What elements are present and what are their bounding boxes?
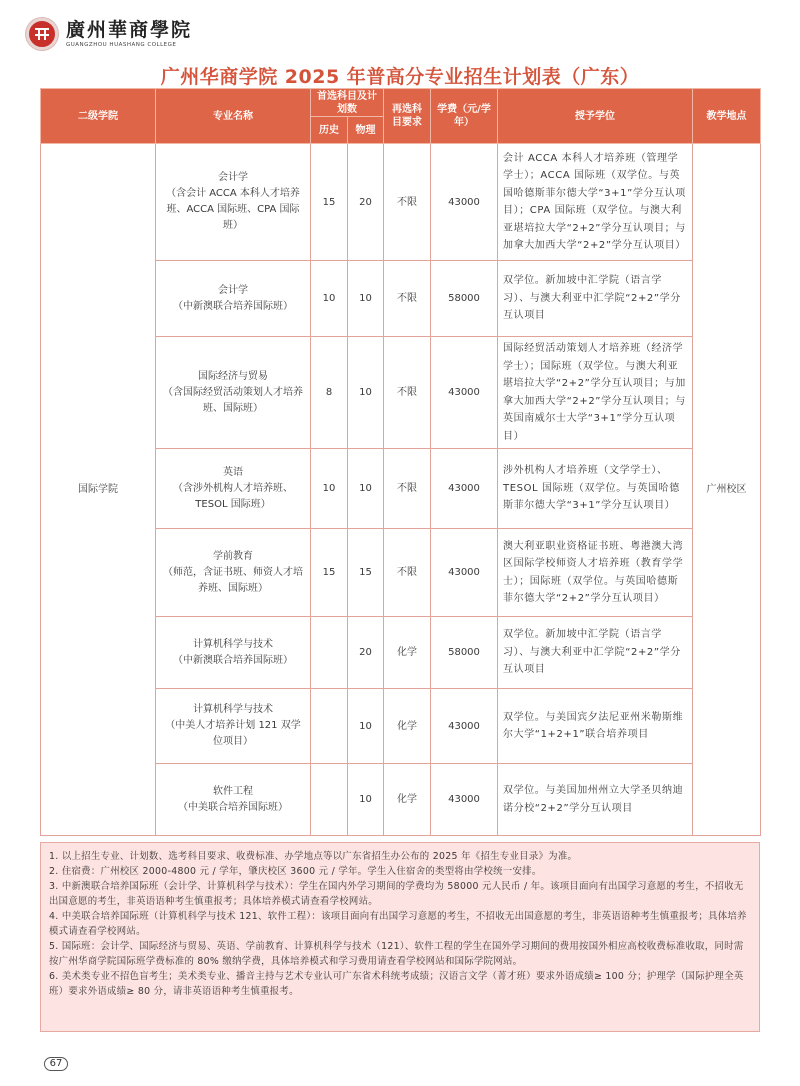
reselect-requirement: 化学 — [384, 689, 431, 764]
major-cell: 国际经济与贸易（含国际经贸活动策划人才培养班、国际班） — [156, 337, 311, 449]
history-quota — [311, 617, 348, 689]
major-name: 英语 — [162, 465, 304, 481]
note-item: 4. 中美联合培养国际班（计算机科学与技术 121、软件工程）：该项目面向有出国… — [49, 909, 751, 939]
major-name: 国际经济与贸易 — [162, 369, 304, 385]
college-emblem-icon — [26, 18, 58, 50]
physics-quota: 10 — [348, 449, 384, 529]
degree: 澳大利亚职业资格证书班、粤港澳大湾区国际学校师资人才培养班（教育学学士）；国际班… — [498, 529, 693, 617]
tuition: 43000 — [431, 337, 498, 449]
location-cell: 广州校区 — [693, 144, 761, 836]
history-quota: 10 — [311, 449, 348, 529]
col-header-history: 历史 — [311, 117, 348, 144]
major-cell: 会计学（含会计 ACCA 本科人才培养班、ACCA 国际班、CPA 国际班） — [156, 144, 311, 261]
major-name: 会计学 — [162, 170, 304, 186]
tuition: 43000 — [431, 689, 498, 764]
college-cell: 国际学院 — [41, 144, 156, 836]
degree: 双学位。与美国宾夕法尼亚州米勒斯维尔大学“1+2+1”联合培养项目 — [498, 689, 693, 764]
history-quota: 8 — [311, 337, 348, 449]
major-cell: 软件工程（中美联合培养国际班） — [156, 764, 311, 836]
major-name: 计算机科学与技术 — [162, 637, 304, 653]
physics-quota: 20 — [348, 144, 384, 261]
tuition: 43000 — [431, 529, 498, 617]
reselect-requirement: 不限 — [384, 144, 431, 261]
major-note: （含会计 ACCA 本科人才培养班、ACCA 国际班、CPA 国际班） — [162, 186, 304, 234]
reselect-requirement: 不限 — [384, 529, 431, 617]
major-note: （中新澳联合培养国际班） — [162, 653, 304, 669]
enrollment-plan-table: 二级学院 专业名称 首选科目及计划数 再选科目要求 学费（元/学年） 授予学位 … — [40, 88, 761, 836]
physics-quota: 10 — [348, 261, 384, 337]
physics-quota: 20 — [348, 617, 384, 689]
reselect-requirement: 不限 — [384, 337, 431, 449]
major-note: （中美联合培养国际班） — [162, 800, 304, 816]
reselect-requirement: 化学 — [384, 617, 431, 689]
major-note: （含涉外机构人才培养班、TESOL 国际班） — [162, 481, 304, 513]
history-quota: 15 — [311, 529, 348, 617]
col-header-major: 专业名称 — [156, 89, 311, 144]
degree: 涉外机构人才培养班（文学学士）、TESOL 国际班（双学位。与英国哈德斯菲尔德大… — [498, 449, 693, 529]
degree: 会计 ACCA 本科人才培养班（管理学学士）；ACCA 国际班（双学位。与英国哈… — [498, 144, 693, 261]
tuition: 43000 — [431, 144, 498, 261]
major-cell: 计算机科学与技术（中美人才培养计划 121 双学位项目） — [156, 689, 311, 764]
major-name: 会计学 — [162, 283, 304, 299]
degree: 双学位。新加坡中汇学院（语言学习）、与澳大利亚中汇学院“2+2”学分互认项目 — [498, 261, 693, 337]
major-note: （中新澳联合培养国际班） — [162, 299, 304, 315]
tuition: 43000 — [431, 449, 498, 529]
major-note: （师范，含证书班、师资人才培养班、国际班） — [162, 565, 304, 597]
major-cell: 学前教育（师范，含证书班、师资人才培养班、国际班） — [156, 529, 311, 617]
col-header-college: 二级学院 — [41, 89, 156, 144]
col-header-reselect: 再选科目要求 — [384, 89, 431, 144]
history-quota: 15 — [311, 144, 348, 261]
major-name: 计算机科学与技术 — [162, 702, 304, 718]
note-item: 1. 以上招生专业、计划数、选考科目要求、收费标准、办学地点等以广东省招生办公布… — [49, 849, 751, 864]
logo-text: 廣州華商學院 GUANGZHOU HUASHANG COLLEGE — [66, 19, 192, 49]
page-title: 广州华商学院 2025 年普高分专业招生计划表（广东） — [0, 62, 800, 89]
page-number: 67 — [44, 1057, 68, 1071]
history-quota: 10 — [311, 261, 348, 337]
physics-quota: 10 — [348, 689, 384, 764]
degree: 国际经贸活动策划人才培养班（经济学学士）；国际班（双学位。与澳大利亚堪培拉大学“… — [498, 337, 693, 449]
major-cell: 计算机科学与技术（中新澳联合培养国际班） — [156, 617, 311, 689]
logo-english-name: GUANGZHOU HUASHANG COLLEGE — [66, 41, 192, 49]
major-note: （中美人才培养计划 121 双学位项目） — [162, 718, 304, 750]
major-cell: 英语（含涉外机构人才培养班、TESOL 国际班） — [156, 449, 311, 529]
col-header-tuition: 学费（元/学年） — [431, 89, 498, 144]
col-header-primary-subject: 首选科目及计划数 — [311, 89, 384, 117]
reselect-requirement: 化学 — [384, 764, 431, 836]
note-item: 5. 国际班：会计学、国际经济与贸易、英语、学前教育、计算机科学与技术（121）… — [49, 939, 751, 969]
reselect-requirement: 不限 — [384, 449, 431, 529]
degree: 双学位。新加坡中汇学院（语言学习）、与澳大利亚中汇学院“2+2”学分互认项目 — [498, 617, 693, 689]
college-logo: 廣州華商學院 GUANGZHOU HUASHANG COLLEGE — [26, 18, 192, 50]
degree: 双学位。与美国加州州立大学圣贝纳迪诺分校“2+2”学分互认项目 — [498, 764, 693, 836]
major-cell: 会计学（中新澳联合培养国际班） — [156, 261, 311, 337]
tuition: 58000 — [431, 261, 498, 337]
table-row: 国际学院 会计学（含会计 ACCA 本科人才培养班、ACCA 国际班、CPA 国… — [41, 144, 761, 261]
col-header-physics: 物理 — [348, 117, 384, 144]
major-note: （含国际经贸活动策划人才培养班、国际班） — [162, 385, 304, 417]
history-quota — [311, 764, 348, 836]
note-item: 2. 住宿费：广州校区 2000-4800 元 / 学年，肇庆校区 3600 元… — [49, 864, 751, 879]
logo-chinese-name: 廣州華商學院 — [66, 19, 192, 41]
major-name: 软件工程 — [162, 784, 304, 800]
physics-quota: 15 — [348, 529, 384, 617]
reselect-requirement: 不限 — [384, 261, 431, 337]
physics-quota: 10 — [348, 764, 384, 836]
col-header-location: 教学地点 — [693, 89, 761, 144]
tuition: 43000 — [431, 764, 498, 836]
note-item: 6. 美术类专业不招色盲考生；美术类专业、播音主持与艺术专业认可广东省术科统考成… — [49, 969, 751, 999]
major-name: 学前教育 — [162, 549, 304, 565]
notes-box: 1. 以上招生专业、计划数、选考科目要求、收费标准、办学地点等以广东省招生办公布… — [40, 842, 760, 1032]
history-quota — [311, 689, 348, 764]
note-item: 3. 中新澳联合培养国际班（会计学、计算机科学与技术）：学生在国内外学习期间的学… — [49, 879, 751, 909]
physics-quota: 10 — [348, 337, 384, 449]
col-header-degree: 授予学位 — [498, 89, 693, 144]
tuition: 58000 — [431, 617, 498, 689]
